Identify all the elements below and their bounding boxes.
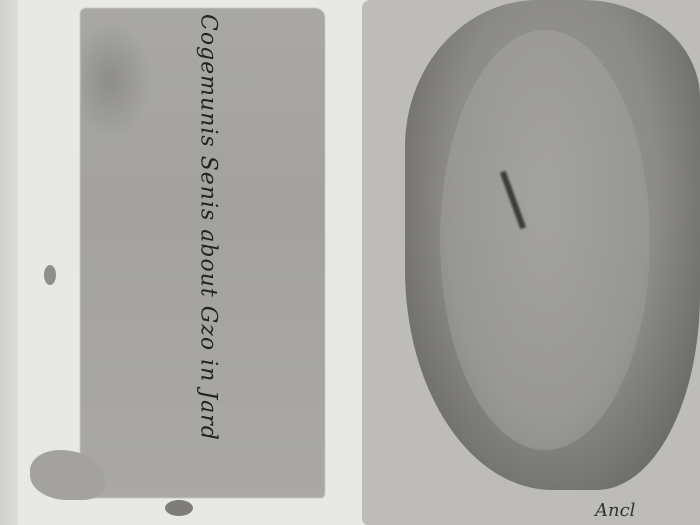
frame-edge [0,0,18,525]
ink-blob-inner [440,30,650,450]
left-wash-dark-area [82,20,152,140]
ink-dot [44,265,56,285]
handwritten-inscription: Cogemunis Senis about Gzo in Jard [188,14,228,504]
artist-signature: Ancl [595,500,635,521]
inscription-text: Cogemunis Senis about Gzo in Jard [196,14,221,441]
